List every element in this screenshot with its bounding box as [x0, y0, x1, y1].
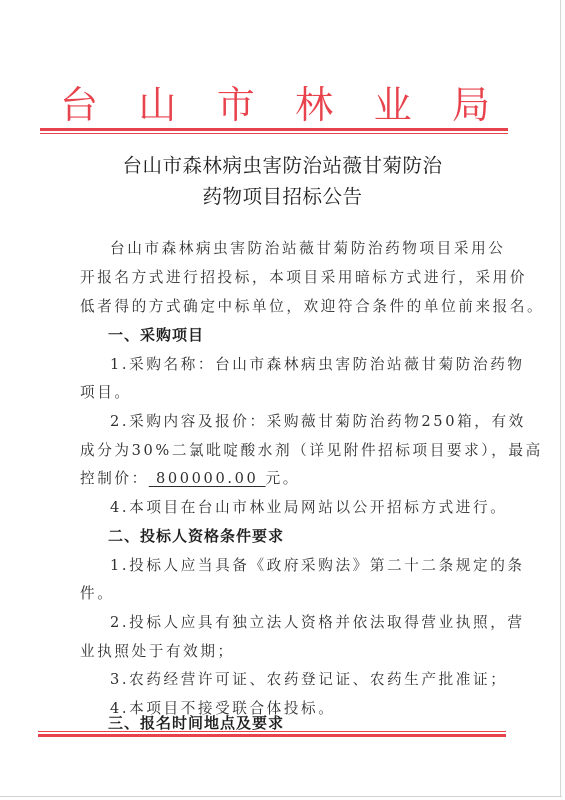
paragraph: 4.本项目在台山市林业局网站以公开招标方式进行。 [110, 496, 530, 517]
paragraph: 成分为30%二氯吡啶酸水剂（详见附件招标项目要求），最高 [80, 439, 500, 460]
letterhead-char: 林 [295, 74, 333, 129]
price-label: 控制价： [80, 470, 149, 487]
paragraph: 项目。 [80, 381, 500, 402]
section-heading: 三、报名时间地点及要求 [108, 712, 284, 733]
section-heading: 二、投标人资格条件要求 [108, 525, 284, 546]
letterhead-org-name: 台 山 市 林 业 局 [60, 76, 490, 126]
price-value: 800000.00 [149, 470, 266, 487]
letterhead-char: 业 [374, 74, 412, 129]
price-unit: 元。 [266, 470, 300, 487]
paragraph: 2.采购内容及报价：采购薇甘菊防治药物250箱，有效 [110, 410, 530, 431]
page-edge [560, 0, 561, 796]
paragraph: 业执照处于有效期； [80, 640, 500, 661]
letterhead-char: 局 [452, 74, 490, 129]
intro-text: 台山市森林病虫害防治站薇甘菊防治药物项目采用公 [110, 237, 530, 258]
paragraph: 1.采购名称：台山市森林病虫害防治站薇甘菊防治药物 [110, 353, 530, 374]
header-red-rule [40, 128, 508, 131]
page-edge [0, 796, 562, 797]
paragraph: 2.投标人应具有独立法人资格并依法取得营业执照，营 [110, 611, 530, 632]
header-red-rule-thin [40, 133, 508, 134]
letterhead-char: 山 [138, 74, 176, 129]
intro-text: 开报名方式进行招投标，本项目采用暗标方式进行，采用价 [80, 266, 500, 287]
letterhead-char: 台 [60, 74, 98, 129]
footer-red-rule [38, 734, 506, 737]
document-title-line2: 药物项目招标公告 [0, 181, 565, 209]
footer-red-rule-thin [38, 731, 506, 732]
paragraph: 件。 [80, 582, 500, 603]
section-heading: 一、采购项目 [108, 324, 204, 345]
paragraph: 3.农药经营许可证、农药登记证、农药生产批准证； [110, 668, 530, 689]
paragraph: 控制价： 800000.00 元。 [80, 467, 500, 488]
intro-text: 低者得的方式确定中标单位，欢迎符合条件的单位前来报名。 [80, 295, 500, 316]
document-title-line1: 台山市森林病虫害防治站薇甘菊防治 [0, 150, 565, 178]
letterhead-char: 市 [217, 74, 255, 129]
paragraph: 1.投标人应当具备《政府采购法》第二十二条规定的条 [110, 554, 530, 575]
